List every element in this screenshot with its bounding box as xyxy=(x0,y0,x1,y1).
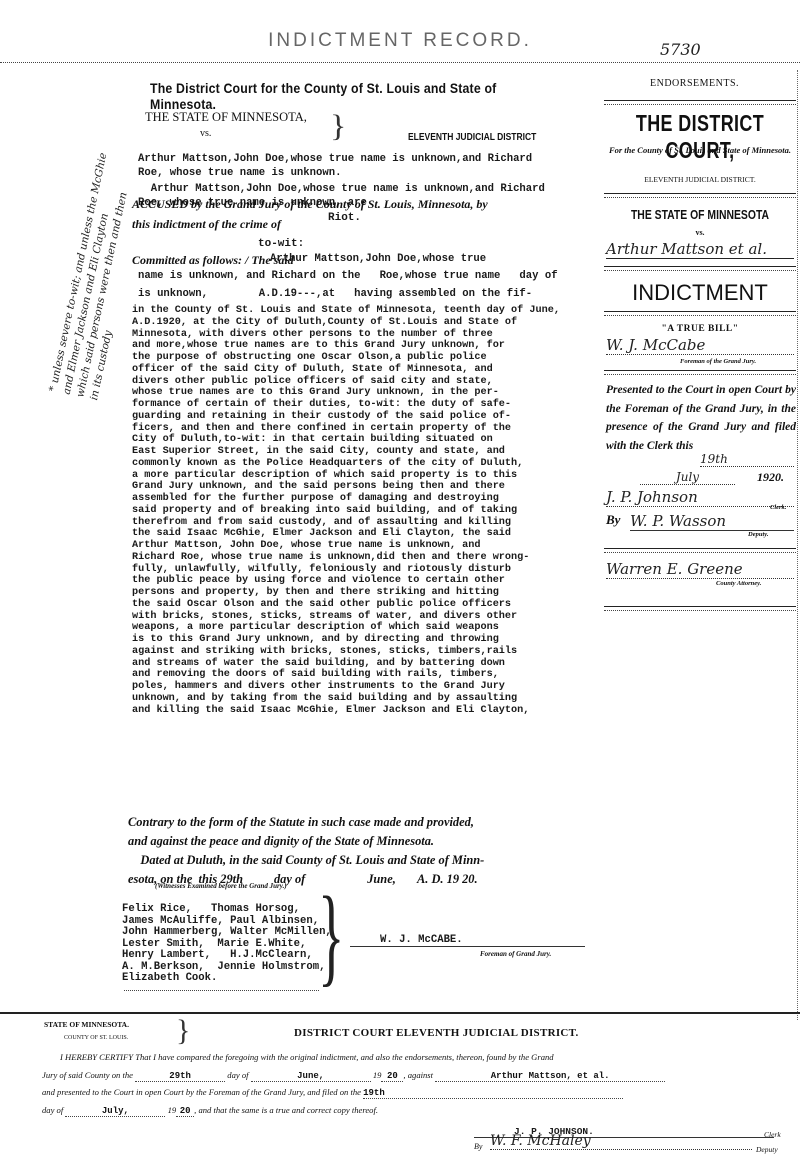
certificate-clerk-title: Clerk xyxy=(764,1130,781,1139)
deputy-signature: W. P. Wasson xyxy=(630,512,794,531)
filed-year: 1920. xyxy=(757,470,784,485)
divider xyxy=(604,266,796,271)
case-number: 5730 xyxy=(660,40,701,59)
deputy-caption: Deputy. xyxy=(748,531,769,538)
district-court-subtitle: For the County of St. Louis and State of… xyxy=(600,145,800,156)
indictment-narrative: in the County of St. Louis and State of … xyxy=(132,305,560,716)
cert-day: 29th xyxy=(135,1071,225,1082)
accused-line: ACCUSED by the Grand Jury of the County … xyxy=(132,197,488,212)
brace-icon: } xyxy=(176,1014,190,1048)
certificate-line: I HEREBY CERTIFY That I have compared th… xyxy=(60,1052,554,1062)
judicial-district: ELEVENTH JUDICIAL DISTRICT xyxy=(408,132,536,143)
endorsement-vs: vs. xyxy=(600,228,800,237)
margin-line xyxy=(796,70,798,1020)
county-attorney-signature: Warren E. Greene xyxy=(606,560,794,579)
clerk-caption: Clerk. xyxy=(770,504,786,511)
certificate-deputy-signature: W. F. McHaley xyxy=(490,1133,752,1150)
court-heading: The District Court for the County of St.… xyxy=(150,80,520,112)
cert-text: Jury of said County on the xyxy=(42,1070,133,1080)
certificate-state: STATE OF MINNESOTA. xyxy=(44,1020,129,1029)
divider xyxy=(0,62,800,63)
witness-caption: (Witnesses Examined before the Grand Jur… xyxy=(155,882,287,890)
cert-text: 19 xyxy=(373,1070,382,1080)
foreman-title: Foreman of Grand Jury. xyxy=(480,950,551,958)
cert-filed-day: 19th xyxy=(363,1088,623,1099)
closing-statement: Contrary to the form of the Statute in s… xyxy=(128,813,484,889)
certificate-court: DISTRICT COURT ELEVENTH JUDICIAL DISTRIC… xyxy=(294,1027,579,1039)
foreman-name: W. J. McCABE. xyxy=(380,934,463,946)
cert-year: 20 xyxy=(381,1071,403,1082)
committed-names: Arthur Mattson,John Doe,whose true xyxy=(270,253,486,265)
certificate-deputy-title: Deputy xyxy=(756,1145,778,1154)
vs-caption: vs. xyxy=(200,128,211,139)
defendants-list: Arthur Mattson,John Doe,whose true name … xyxy=(138,153,532,180)
true-bill-label: "A TRUE BILL" xyxy=(600,324,800,334)
cert-filed-month: July, xyxy=(65,1106,165,1117)
cert-month: June, xyxy=(251,1071,371,1082)
divider xyxy=(124,990,319,991)
clerk-signature: J. P. Johnson xyxy=(606,488,794,507)
certificate-county: COUNTY OF ST. LOUIS. xyxy=(64,1035,128,1041)
filed-day: 19th xyxy=(700,452,794,467)
divider xyxy=(604,311,796,316)
cert-text: 19 xyxy=(168,1105,177,1115)
certificate-by-label: By xyxy=(474,1142,482,1151)
cert-text: day of xyxy=(227,1070,248,1080)
cert-text: , and that the same is a true and correc… xyxy=(194,1105,378,1115)
filed-month: July xyxy=(640,470,735,485)
certificate-line: Jury of said County on the 29th day of J… xyxy=(42,1070,665,1082)
body-line: name is unknown, and Richard on the Roe,… xyxy=(138,270,558,284)
foreman-signature: W. J. McCabe xyxy=(606,336,794,355)
divider xyxy=(0,1012,800,1014)
divider xyxy=(604,193,796,198)
defendant-handwritten: Arthur Mattson et al. xyxy=(606,240,794,259)
endorsements-label: ENDORSEMENTS. xyxy=(650,78,739,89)
brace-icon: } xyxy=(318,880,344,990)
county-attorney-caption: County Attorney. xyxy=(716,580,761,587)
cert-defendant: Arthur Mattson, et al. xyxy=(435,1071,665,1082)
cert-text: day of xyxy=(42,1105,63,1115)
cert-text: , against xyxy=(403,1070,433,1080)
certificate-line: and presented to the Court in open Court… xyxy=(42,1087,623,1099)
divider xyxy=(604,100,796,105)
witness-list: Felix Rice, Thomas Horsog, James McAulif… xyxy=(122,904,332,985)
divider xyxy=(604,606,796,611)
cert-text: and presented to the Court in open Court… xyxy=(42,1087,361,1097)
divider xyxy=(604,370,796,375)
endorsement-state: THE STATE OF MINNESOTA xyxy=(620,207,780,222)
by-label: By xyxy=(606,512,620,528)
foreman-caption: Foreman of the Grand Jury. xyxy=(680,358,756,365)
body-line: is unknown, A.D.19---,at having assemble… xyxy=(138,288,532,302)
to-wit-label: to-wit: xyxy=(258,238,304,250)
certificate-line: day of July, 1920, and that the same is … xyxy=(42,1105,378,1117)
cert-filed-year: 20 xyxy=(176,1106,194,1117)
signature-line xyxy=(350,946,585,947)
document-type: INDICTMENT xyxy=(600,280,800,306)
brace-icon: } xyxy=(330,110,346,144)
divider xyxy=(604,548,796,553)
crime-value: Riot. xyxy=(328,212,361,224)
crime-label: this indictment of the crime of xyxy=(132,217,281,232)
state-caption: THE STATE OF MINNESOTA, xyxy=(145,110,307,125)
district-label: ELEVENTH JUDICIAL DISTRICT. xyxy=(600,175,800,184)
presented-statement: Presented to the Court in open Court by … xyxy=(606,381,796,455)
